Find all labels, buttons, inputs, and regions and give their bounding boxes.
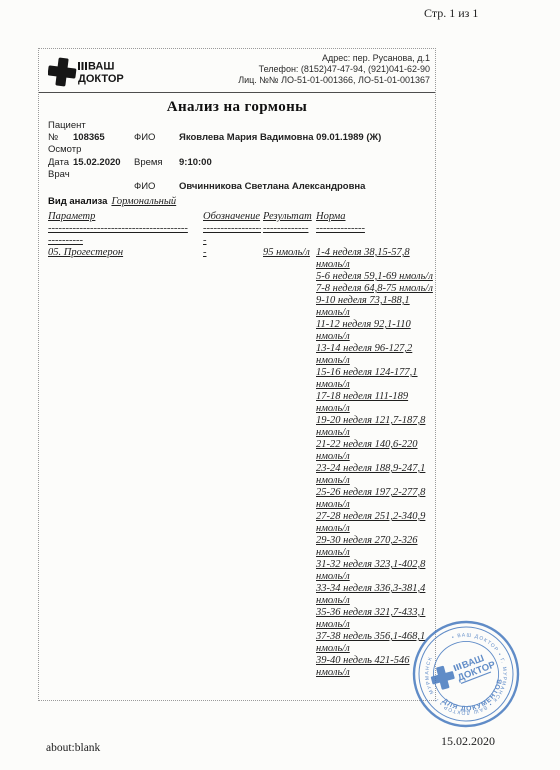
empty-row-cell	[263, 235, 316, 247]
norm-entry: 9-10 неделя 73,1-88,1 нмоль/л	[316, 295, 436, 319]
norm-entry: 15-16 неделя 124-177,1 нмоль/л	[316, 367, 436, 391]
no-value: 108365	[73, 132, 105, 143]
norm-entry: 1-4 неделя 38,15-57,8 нмоль/л	[316, 247, 436, 271]
column-separator: --------------	[316, 223, 436, 235]
time-value: 9:10:00	[179, 157, 212, 168]
column-separator: -------------	[263, 223, 316, 235]
column-separator: -----------------	[203, 223, 261, 235]
doctor-label: Врач	[48, 169, 70, 180]
norm-entry: 19-20 неделя 121,7-187,8 нмоль/л	[316, 415, 436, 439]
license-line: Лиц. №№ ЛО-51-01-001366, ЛО-51-01-001367	[238, 75, 430, 86]
patient-block: Пациент № 108365 ФИО Яковлева Мария Вади…	[48, 120, 428, 193]
patient-label: Пациент	[48, 120, 86, 131]
fio-label: ФИО	[134, 132, 155, 143]
phone-line: Телефон: (8152)47-47-94, (921)041-62-90	[238, 64, 430, 75]
fio-value: Яковлева Мария Вадимовна 09.01.1989 (Ж)	[179, 132, 381, 143]
column-designation: Обозначение ----------------- - -	[203, 211, 261, 259]
analysis-type-row: Вид анализаГормональный	[48, 196, 176, 207]
browser-footer-url: about:blank	[46, 742, 100, 754]
norm-entry: 25-26 неделя 197,2-277,8 нмоль/л	[316, 487, 436, 511]
column-norm: Норма -------------- 1-4 неделя 38,15-57…	[316, 211, 436, 679]
doctor-fio-row: ФИО Овчинникова Светлана Александровна	[48, 181, 428, 193]
column-header: Норма	[316, 211, 436, 223]
analysis-type-value: Гормональный	[111, 196, 176, 207]
stamp-bottom-text: ДЛЯ ДОКУМЕНТОВ	[440, 675, 512, 722]
analysis-type-label: Вид анализа	[48, 196, 107, 207]
doctor-section-row: Врач	[48, 169, 428, 181]
clinic-logo: ВАШ ДОКТОР	[48, 55, 138, 89]
column-parameter: Параметр -------------------------------…	[48, 211, 201, 259]
norm-entry: 29-30 неделя 270,2-326 нмоль/л	[316, 535, 436, 559]
column-header: Обозначение	[203, 211, 261, 223]
address-line: Адрес: пер. Русанова, д.1	[238, 53, 430, 64]
date-label: Дата	[48, 157, 69, 168]
clinic-stamp: • ВАШ ДОКТОР • Г. МУРМАНСК • ВАШ ДОКТОР …	[409, 617, 523, 731]
cross-icon	[48, 56, 78, 87]
empty-row-cell	[316, 235, 436, 247]
patient-id-row: № 108365 ФИО Яковлева Мария Вадимовна 09…	[48, 132, 428, 144]
column-header: Результат	[263, 211, 316, 223]
norm-entry: 23-24 неделя 188,9-247,1 нмоль/л	[316, 463, 436, 487]
document-frame: ВАШ ДОКТОР Адрес: пер. Русанова, д.1 Тел…	[38, 48, 436, 701]
exam-section-row: Осмотр	[48, 144, 428, 156]
result-value: 95 нмоль/л	[263, 247, 316, 259]
time-label: Время	[134, 157, 163, 168]
designation-value: -	[203, 247, 261, 259]
empty-row-cell: ----------	[48, 235, 201, 247]
norm-entry: 7-8 неделя 64,8-75 нмоль/л	[316, 283, 436, 295]
results-table: Параметр -------------------------------…	[48, 211, 433, 691]
exam-date-row: Дата 15.02.2020 Время 9:10:00	[48, 157, 428, 169]
column-separator: ----------------------------------------	[48, 223, 201, 235]
norm-entry: 31-32 неделя 323,1-402,8 нмоль/л	[316, 559, 436, 583]
norm-entry: 11-12 неделя 92,1-110 нмоль/л	[316, 319, 436, 343]
norm-entry: 27-28 неделя 251,2-340,9 нмоль/л	[316, 511, 436, 535]
doctor-fio-label: ФИО	[134, 181, 155, 192]
logo-text-top: ВАШ	[88, 61, 114, 73]
parameter-name: 05. Прогестерон	[48, 247, 201, 259]
norms-list: 1-4 неделя 38,15-57,8 нмоль/л5-6 неделя …	[316, 247, 436, 679]
column-result: Результат ------------- 95 нмоль/л	[263, 211, 316, 259]
patient-section-row: Пациент	[48, 120, 428, 132]
empty-row-cell: -	[203, 235, 261, 247]
doctor-fio-value: Овчинникова Светлана Александровна	[179, 181, 365, 192]
date-value: 15.02.2020	[73, 157, 121, 168]
clinic-header: ВАШ ДОКТОР Адрес: пер. Русанова, д.1 Тел…	[39, 49, 435, 93]
page-number: Стр. 1 из 1	[424, 6, 534, 21]
norm-entry: 13-14 неделя 96-127,2 нмоль/л	[316, 343, 436, 367]
logo-text-bottom: ДОКТОР	[78, 73, 124, 85]
norm-entry: 33-34 неделя 336,3-381,4 нмоль/л	[316, 583, 436, 607]
no-label: №	[48, 132, 58, 143]
footer-date: 15.02.2020	[441, 734, 495, 749]
report-title: Анализ на гормоны	[39, 99, 435, 116]
clinic-address: Адрес: пер. Русанова, д.1 Телефон: (8152…	[238, 53, 430, 86]
norm-entry: 17-18 неделя 111-189 нмоль/л	[316, 391, 436, 415]
norm-entry: 5-6 неделя 59,1-69 нмоль/л	[316, 271, 436, 283]
column-header: Параметр	[48, 211, 201, 223]
norm-entry: 21-22 неделя 140,6-220 нмоль/л	[316, 439, 436, 463]
exam-label: Осмотр	[48, 144, 81, 155]
